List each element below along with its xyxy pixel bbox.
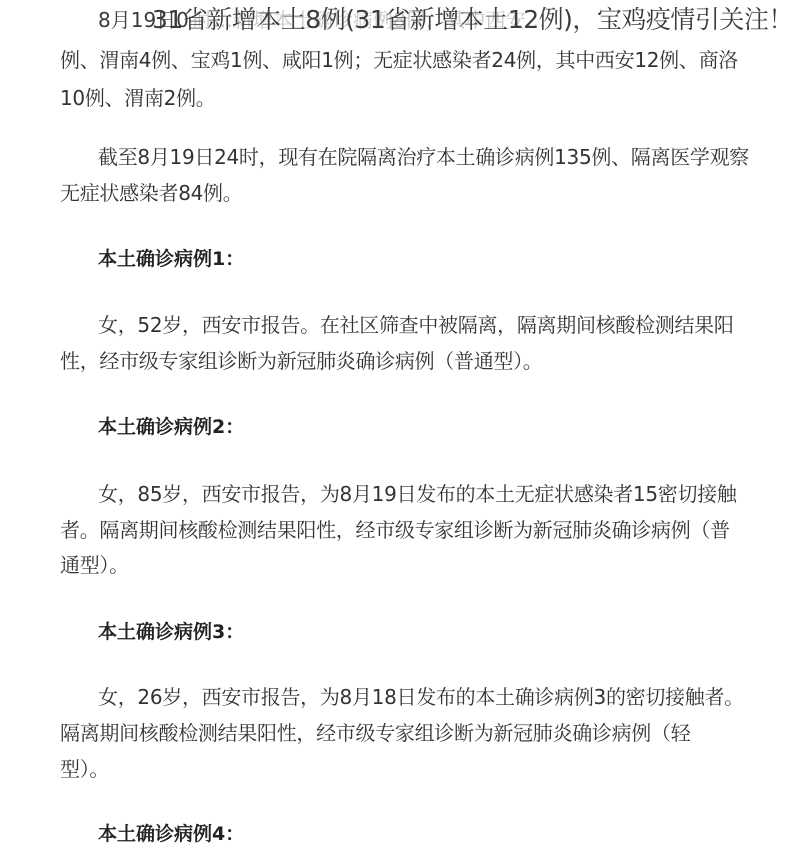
case-3-heading: 本土确诊病例3： — [98, 617, 244, 644]
para2-line-2: 无症状感染者84例。 — [60, 179, 242, 207]
case-4-heading: 本土确诊病例4： — [98, 819, 244, 846]
article-page: 8月19日0时…新增本土确诊病例8例，其中西安… 31省新增本土8例(31省新增… — [0, 0, 800, 863]
case-3-line-3: 型）。 — [60, 755, 109, 783]
case-1-heading: 本土确诊病例1： — [98, 244, 244, 271]
case-2-line-2: 者。隔离期间核酸检测结果阳性，经市级专家组诊断为新冠肺炎确诊病例（普 — [60, 516, 730, 544]
case-2-heading: 本土确诊病例2： — [98, 412, 244, 439]
para1-line-1: 例、渭南4例、宝鸡1例、咸阳1例；无症状感染者24例，其中西安12例、商洛 — [60, 46, 738, 74]
case-1-line-2: 性，经市级专家组诊断为新冠肺炎确诊病例（普通型）。 — [60, 347, 543, 375]
overlay-title: 31省新增本土8例(31省新增本土12例)，宝鸡疫情引关注！ — [152, 0, 793, 36]
case-2-line-3: 通型）。 — [60, 551, 129, 579]
para1-line-2: 10例、渭南2例。 — [60, 84, 215, 112]
para2-line-1: 截至8月19日24时，现有在院隔离治疗本土确诊病例135例、隔离医学观察 — [98, 143, 749, 171]
case-3-line-1: 女，26岁，西安市报告，为8月18日发布的本土确诊病例3的密切接触者。 — [98, 683, 744, 711]
case-3-line-2: 隔离期间核酸检测结果阳性，经市级专家组诊断为新冠肺炎确诊病例（轻 — [60, 719, 690, 747]
case-2-line-1: 女，85岁，西安市报告，为8月19日发布的本土无症状感染者15密切接触 — [98, 480, 737, 508]
case-1-line-1: 女，52岁，西安市报告。在社区筛查中被隔离，隔离期间核酸检测结果阳 — [98, 311, 734, 339]
